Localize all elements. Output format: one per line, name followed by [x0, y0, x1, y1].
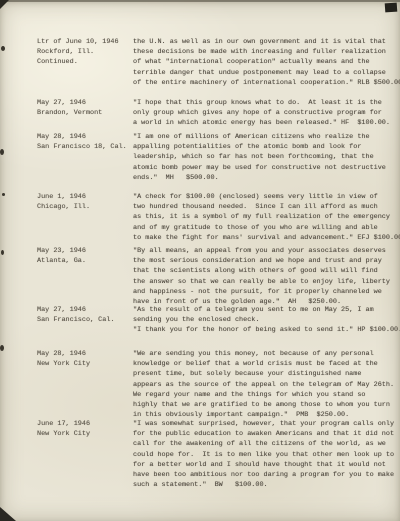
letter-entry: May 23, 1946 Atlanta, Ga. "By all means,… — [37, 246, 396, 307]
scan-speck — [0, 345, 4, 351]
entry-date-place: May 27, 1946 San Francisco, Cal. — [37, 305, 133, 325]
entry-date-place: May 28, 1946 San Francisco 18, Cal. — [37, 132, 133, 152]
letter-entry: May 27, 1946 San Francisco, Cal. "As the… — [37, 305, 396, 336]
entry-date-place: May 27, 1946 Brandon, Vermont — [37, 98, 133, 118]
scan-mark-top-left — [0, 0, 9, 9]
scan-speck — [2, 193, 5, 196]
entry-quote: "A check for $100.00 (enclosed) seems ve… — [133, 192, 400, 243]
entry-quote: "As the result of a telegram you sent to… — [133, 305, 400, 336]
entry-date-place: June 1, 1946 Chicago, Ill. — [37, 192, 133, 212]
entry-quote: "By all means, an appeal from you and yo… — [133, 246, 390, 307]
scanned-document-page: Ltr of June 10, 1946 Rockford, Ill. Cont… — [0, 0, 400, 521]
entry-quote: the U.N. as well as in our own governmen… — [133, 37, 400, 88]
scan-speck — [1, 250, 4, 255]
letter-entry: May 28, 1946 New York City "We are sendi… — [37, 349, 396, 420]
letter-entry: May 27, 1946 Brandon, Vermont "I hope th… — [37, 98, 396, 129]
entry-quote: "We are sending you this money, not beca… — [133, 349, 394, 420]
entry-quote: "I am one of millions of American citize… — [133, 132, 386, 183]
scan-speck — [1, 46, 5, 51]
scan-mark-top-right — [385, 3, 398, 13]
entry-quote: "I hope that this group knows what to do… — [133, 98, 390, 129]
entry-date-place: June 17, 1946 New York City — [37, 419, 133, 439]
letter-entry: June 1, 1946 Chicago, Ill. "A check for … — [37, 192, 396, 243]
entry-quote: "I was somewhat surprised, however, that… — [133, 419, 394, 490]
letter-entry: May 28, 1946 San Francisco 18, Cal. "I a… — [37, 132, 396, 183]
entry-date-place: May 28, 1946 New York City — [37, 349, 133, 369]
scan-speck — [0, 149, 4, 155]
scan-edge-shadow — [0, 0, 400, 2]
letter-entry: Ltr of June 10, 1946 Rockford, Ill. Cont… — [37, 37, 396, 88]
entry-date-place: May 23, 1946 Atlanta, Ga. — [37, 246, 133, 266]
scan-mark-bottom-left — [0, 507, 16, 521]
letter-entry: June 17, 1946 New York City "I was somew… — [37, 419, 396, 490]
entry-date-place: Ltr of June 10, 1946 Rockford, Ill. Cont… — [37, 37, 133, 68]
